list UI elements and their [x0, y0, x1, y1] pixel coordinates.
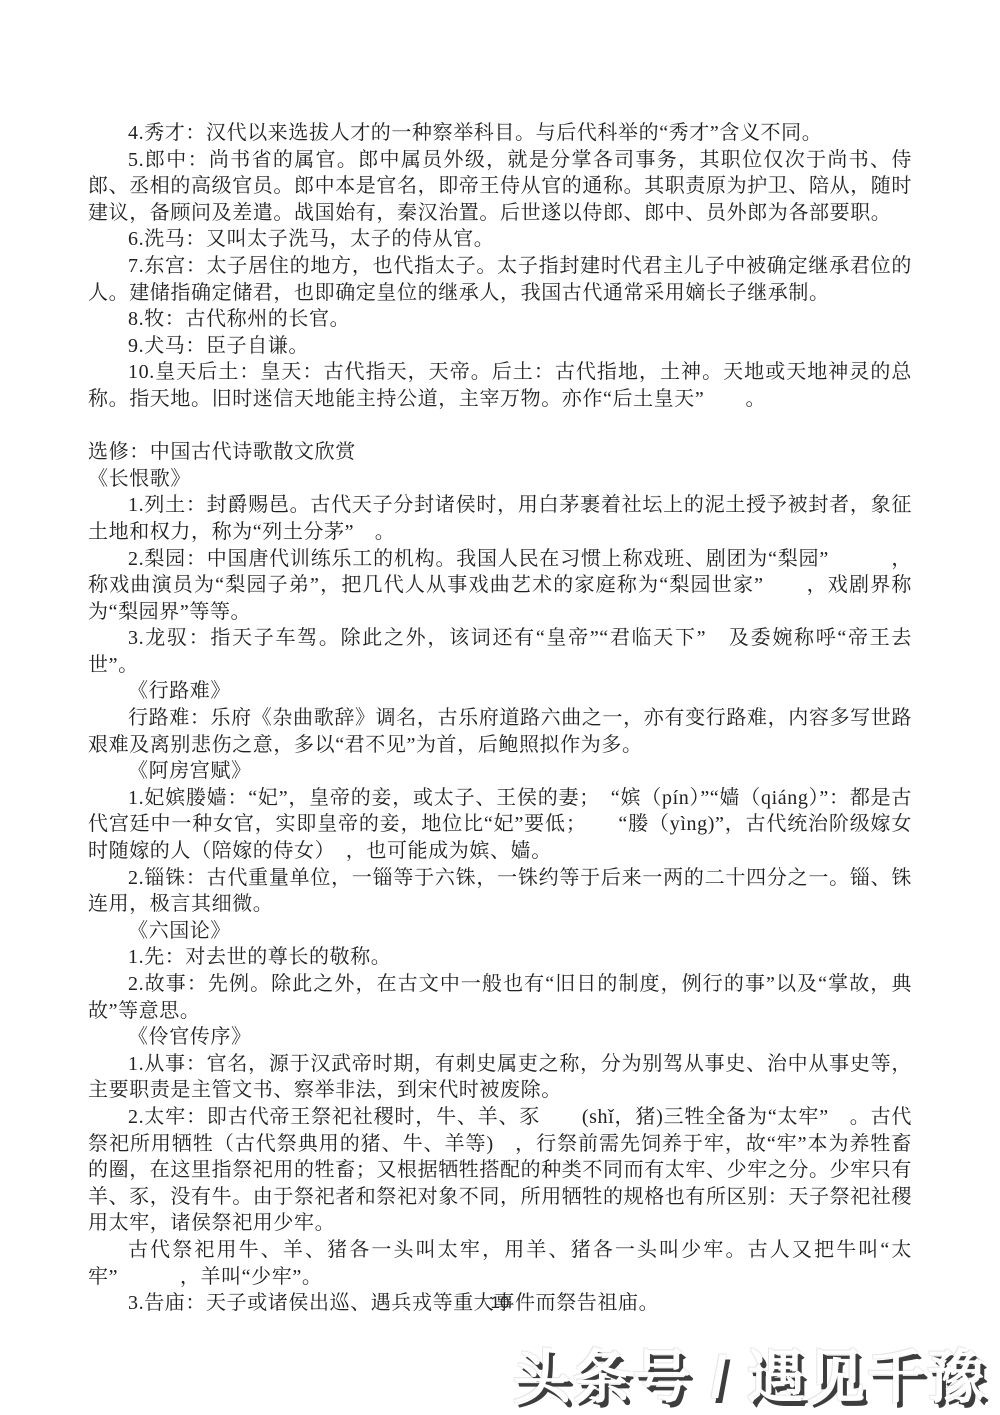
paragraph: 9.犬马：臣子自谦。	[88, 333, 912, 360]
page-number: 10	[0, 1293, 1000, 1313]
paragraph: 《六国论》	[88, 918, 912, 945]
paragraph: 选修：中国古代诗歌散文欣赏	[88, 439, 912, 466]
document-page: 4.秀才：汉代以来选拔人才的一种察举科目。与后代科举的“秀才”含义不同。5.郎中…	[0, 0, 1000, 1415]
paragraph: 5.郎中：尚书省的属官。郎中属员外级，就是分掌各司事务，其职位仅次于尚书、侍郎、…	[88, 147, 912, 227]
paragraph: 2.梨园：中国唐代训练乐工的机构。我国人民在习惯上称戏班、剧团为“梨园” ，称戏…	[88, 546, 912, 626]
paragraph: 《伶官传序》	[88, 1024, 912, 1051]
watermark-toutiao: 头条号 / 遇见千豫	[513, 1330, 987, 1414]
paragraph: 8.牧：古代称州的长官。	[88, 306, 912, 333]
paragraph: 《阿房宫赋》	[88, 758, 912, 785]
paragraph: 1.列土：封爵赐邑。古代天子分封诸侯时，用白茅裹着社坛上的泥土授予被封者，象征土…	[88, 492, 912, 545]
paragraph: 10.皇天后土：皇天：古代指天，天帝。后土：古代指地，土神。天地或天地神灵的总称…	[88, 359, 912, 412]
paragraph: 7.东宫：太子居住的地方，也代指太子。太子指封建时代君主儿子中被确定继承君位的人…	[88, 253, 912, 306]
paragraph: 1.妃嫔媵嫱：“妃”，皇帝的妾，或太子、王侯的妻； “嫔（pín）”“嫱（qiá…	[88, 785, 912, 865]
paragraph: 2.太牢：即古代帝王祭祀社稷时，牛、羊、豕 (shǐ，猪)三牲全备为“太牢” 。…	[88, 1104, 912, 1237]
paragraph: 4.秀才：汉代以来选拔人才的一种察举科目。与后代科举的“秀才”含义不同。	[88, 120, 912, 147]
paragraph: 1.从事：官名，源于汉武帝时期，有刺史属吏之称，分为别驾从事史、治中从事史等，主…	[88, 1051, 912, 1104]
document-body: 4.秀才：汉代以来选拔人才的一种察举科目。与后代科举的“秀才”含义不同。5.郎中…	[88, 120, 912, 1317]
paragraph: 行路难：乐府《杂曲歌辞》调名，古乐府道路六曲之一，亦有变行路难，内容多写世路艰难…	[88, 705, 912, 758]
paragraph: 《长恨歌》	[88, 466, 912, 493]
paragraph: 古代祭祀用牛、羊、猪各一头叫太牢，用羊、猪各一头叫少牢。古人又把牛叫“太牢” ，…	[88, 1237, 912, 1290]
paragraph: 1.先：对去世的尊长的敬称。	[88, 944, 912, 971]
paragraph: 2.故事：先例。除此之外，在古文中一般也有“旧日的制度，例行的事”以及“掌故，典…	[88, 971, 912, 1024]
paragraph: 《行路难》	[88, 678, 912, 705]
paragraph: 6.洗马：又叫太子洗马，太子的侍从官。	[88, 226, 912, 253]
paragraph: 3.龙驭：指天子车驾。除此之外，该词还有“皇帝”“君临天下” 及委婉称呼“帝王去…	[88, 625, 912, 678]
paragraph: 2.锱铢：古代重量单位，一锱等于六铢，一铢约等于后来一两的二十四分之一。锱、铢连…	[88, 865, 912, 918]
blank-line	[88, 413, 912, 440]
